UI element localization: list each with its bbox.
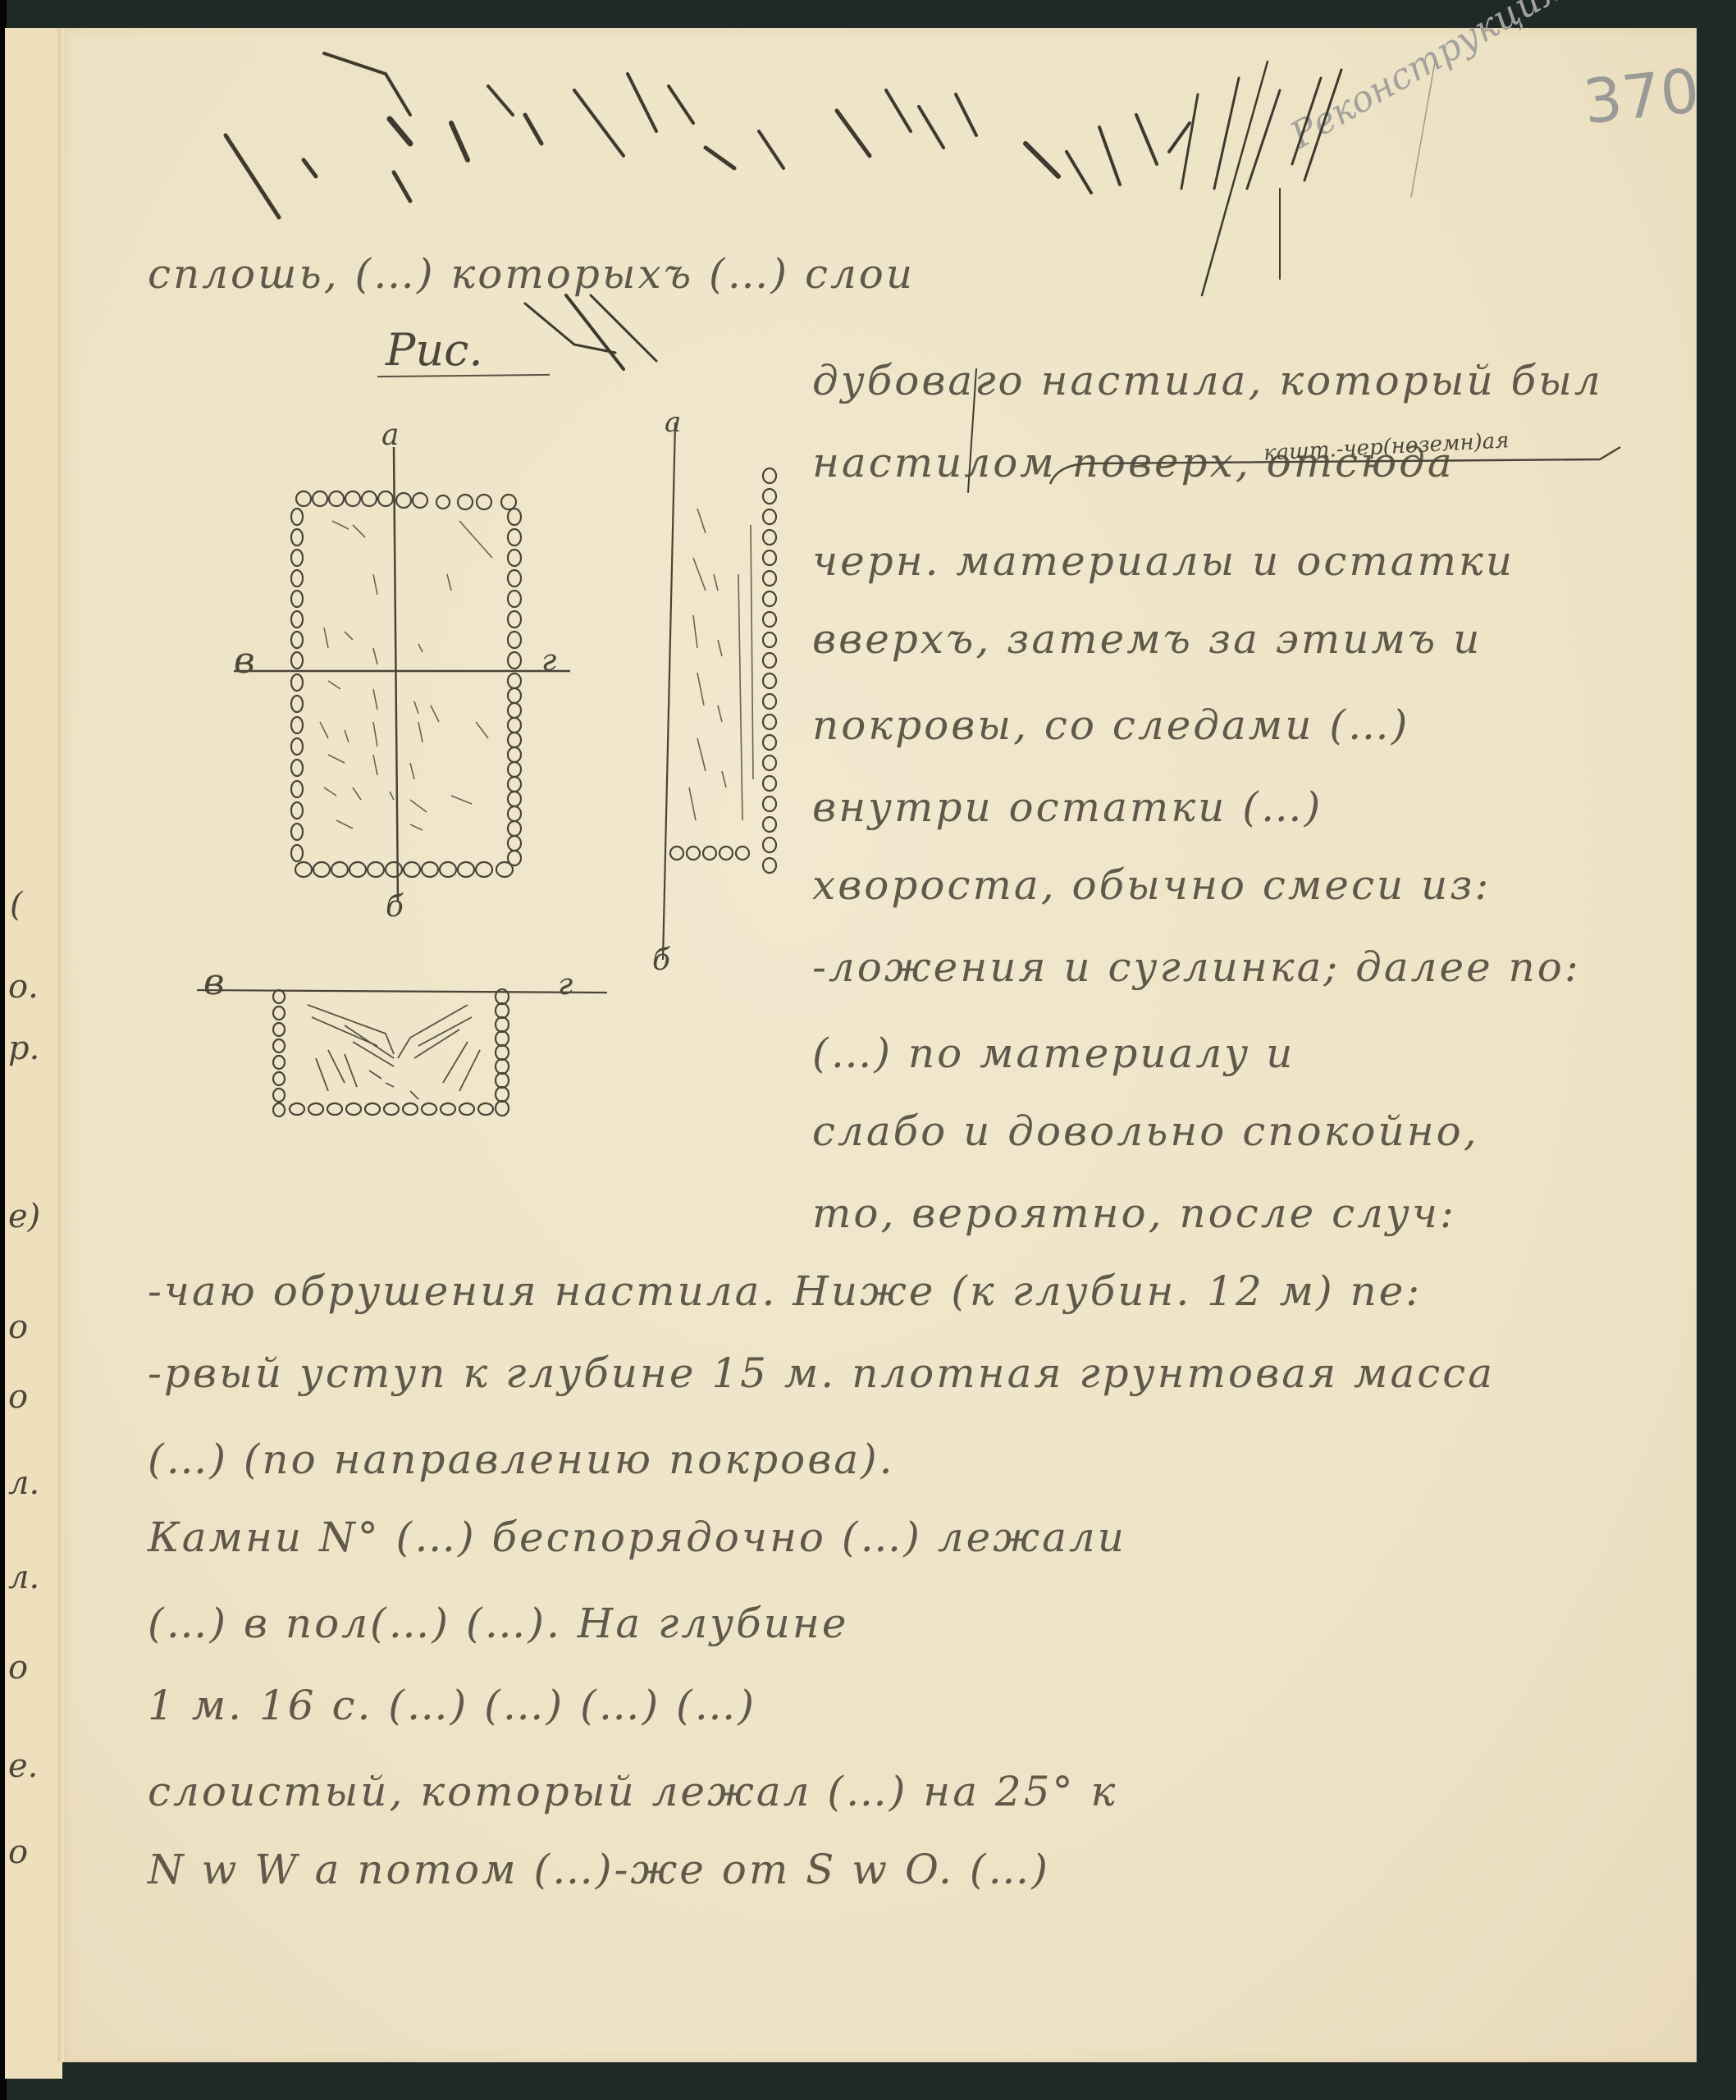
- section-stakes-right: [496, 989, 509, 1116]
- text-line-13: -чаю обрушения настила. Ниже (к глубин. …: [148, 1267, 1422, 1315]
- text-line-19: слоистый, который лежал (…) на 25° к: [148, 1768, 1117, 1815]
- stakes-top-row: [296, 491, 516, 509]
- stakes-left-column: [291, 509, 303, 861]
- text-line-12: то, вероятно, после случ:: [812, 1189, 1456, 1237]
- section-stakes-bottom: [290, 1103, 493, 1115]
- side-label-bottom: б: [652, 943, 670, 977]
- side-label-top: а: [665, 406, 681, 439]
- figure-title: Рис.: [386, 324, 483, 376]
- text-line-11: слабо и довольно спокойно,: [812, 1107, 1479, 1155]
- section-stakes-left: [273, 990, 285, 1116]
- plan-label-top: а: [381, 418, 399, 452]
- side-stakes-right: [763, 468, 776, 873]
- text-line-3: настилом поверх, отсюда: [812, 439, 1455, 486]
- text-line-6: покровы, со следами (…): [812, 701, 1409, 749]
- side-view-diagram: [663, 422, 776, 960]
- stakes-right-column: [508, 509, 521, 865]
- section-label-right: г: [558, 968, 573, 1002]
- text-line-18: 1 м. 16 с. (…) (…) (…) (…): [148, 1682, 756, 1729]
- plan-label-right: г: [541, 644, 556, 678]
- section-label-left: в: [203, 961, 225, 1003]
- text-line-9: -ложения и суглинка; далее по:: [812, 943, 1581, 991]
- text-line-16: Камни N° (…) беспорядочно (…) лежали: [148, 1513, 1126, 1561]
- text-line-4: черн. материалы и остатки: [812, 537, 1514, 585]
- text-line-1: сплошь, (…) которыхъ (…) слои: [148, 250, 915, 298]
- plan-label-bottom: б: [386, 890, 404, 924]
- text-line-7: внутри остатки (…): [812, 783, 1323, 831]
- text-line-8: хвороста, обычно смеси из:: [812, 861, 1491, 909]
- side-stakes-bottom: [670, 847, 749, 860]
- plan-diagram: [234, 447, 570, 902]
- text-line-5: вверхъ, затемъ за этимъ и: [812, 615, 1482, 663]
- text-line-20: N w W а потом (…)-же от S w O. (…): [148, 1846, 1050, 1893]
- text-line-14: -рвый уступ к глубине 15 м. плотная грун…: [148, 1349, 1495, 1397]
- stakes-bottom-row: [295, 862, 513, 877]
- text-line-15: (…) (по направлению покрова).: [148, 1436, 895, 1483]
- cross-section-diagram: [197, 989, 607, 1116]
- plan-label-left: в: [234, 640, 255, 682]
- text-line-10: (…) по материалу и: [812, 1029, 1295, 1077]
- text-line-2: дубоваго настила, который был: [812, 357, 1603, 404]
- text-line-17: (…) в пол(…) (…). На глубине: [148, 1600, 848, 1647]
